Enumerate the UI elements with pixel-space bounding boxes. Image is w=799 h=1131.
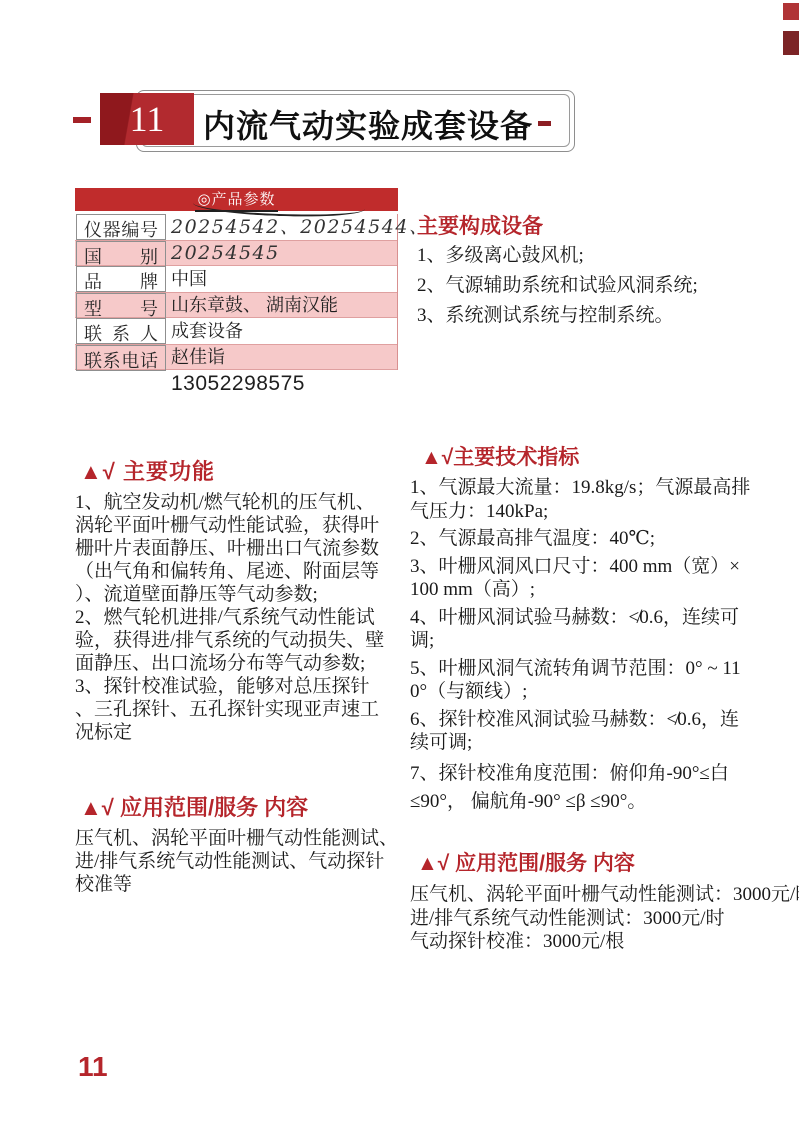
- page-number: 11: [78, 1051, 108, 1083]
- tech-specs-body: 1、气源最大流量：19.8kg/s；气源最高排 气压力：140kPa;2、气源最…: [410, 476, 799, 820]
- table-value-column: 20254542、20254544、20254545中国山东章鼓、 湖南汉能成套…: [171, 215, 397, 397]
- banner-number-box: 11: [100, 93, 194, 145]
- table-body: 仪器编号 国别 品牌 型号 联系人 联系电话 20254542、20254544…: [75, 214, 398, 370]
- page-title: 内流气动实验成套设备: [203, 101, 533, 147]
- text-line: 7、探针校准角度范围：俯仰角-90°≤白 ≤90°， 偏航角-90° ≤β ≤9…: [410, 760, 799, 816]
- table-row-value: 成套设备: [171, 319, 397, 345]
- table-row-label-cell: 品牌: [76, 266, 166, 292]
- text-line: 2、气源最高排气温度：40℃;: [410, 527, 799, 551]
- functions-heading: ▲√ 主要功能: [80, 455, 215, 486]
- table-row-label: 品牌: [84, 273, 158, 291]
- text-line: 1、航空发动机/燃气轮机的压气机、 涡轮平面叶栅气动性能试验，获得叶 栅叶片表面…: [75, 491, 407, 606]
- text-line: 6、探针校准风洞试验马赫数：≮0.6，连 续可调;: [410, 708, 799, 755]
- table-row-value: 20254542、20254544、: [171, 215, 397, 241]
- text-line: 压气机、涡轮平面叶栅气动性能测试、 进/排气系统气动性能测试、气动探针 校准等: [75, 827, 411, 896]
- table-row-label: 型号: [84, 300, 158, 318]
- table-row-value: 赵佳诣: [171, 345, 397, 371]
- catalog-page: 11 内流气动实验成套设备 ◎产品参数 仪器编号 国别 品牌 型号 联系人 联系…: [0, 0, 799, 1131]
- application-right-body: 压气机、涡轮平面叶栅气动性能测试：3000元/时进/排气系统气动性能测试：300…: [410, 883, 799, 954]
- text-line: 气动探针校准：3000元/根: [410, 930, 799, 954]
- table-row-label: 国别: [84, 248, 158, 266]
- banner-dash-left-icon: [73, 117, 91, 123]
- text-line: 1、气源最大流量：19.8kg/s；气源最高排 气压力：140kPa;: [410, 476, 799, 523]
- text-line: 1、多级离心鼓风机;: [417, 241, 698, 271]
- components-list: 1、多级离心鼓风机;2、气源辅助系统和试验风洞系统;3、系统测试系统与控制系统。: [417, 241, 698, 331]
- table-row-label: 联系人: [84, 325, 158, 343]
- text-line: 4、叶栅风洞试验马赫数：≮0.6，连续可 调;: [410, 606, 799, 653]
- text-line: 进/排气系统气动性能测试：3000元/时: [410, 907, 799, 931]
- table-row-value: 13052298575: [171, 371, 397, 397]
- table-row-value: 山东章鼓、 湖南汉能: [171, 293, 397, 319]
- text-line: 3、叶栅风洞风口尺寸：400 mm（宽）× 100 mm（高）;: [410, 555, 799, 602]
- table-row-label-cell: 型号: [76, 293, 166, 319]
- table-row-value: 20254545: [171, 241, 397, 267]
- table-row-label-cell: 仪器编号: [76, 214, 166, 240]
- banner-dash-right-icon: [538, 121, 551, 126]
- text-line: 2、燃气轮机进排/气系统气动性能试 验，获得进/排气系统的气动损失、壁 面静压、…: [75, 606, 407, 675]
- functions-body: 1、航空发动机/燃气轮机的压气机、 涡轮平面叶栅气动性能试验，获得叶 栅叶片表面…: [75, 491, 407, 744]
- table-row-label: 联系电话: [84, 352, 158, 370]
- table-row-label: 仪器编号: [84, 221, 158, 239]
- text-line: 压气机、涡轮平面叶栅气动性能测试：3000元/时: [410, 883, 799, 907]
- application-right-heading: ▲√ 应用范围/服务 内容: [417, 847, 635, 877]
- corner-mark-bottom: [783, 31, 799, 55]
- table-row-value: 中国: [171, 267, 397, 293]
- table-row-label-cell: 联系电话: [76, 345, 166, 371]
- corner-mark-top: [783, 3, 799, 20]
- tech-specs-heading: ▲√主要技术指标: [421, 441, 579, 471]
- product-params-table: ◎产品参数 仪器编号 国别 品牌 型号 联系人 联系电话 20254542、20…: [75, 188, 398, 370]
- text-line: 3、系统测试系统与控制系统。: [417, 301, 698, 331]
- banner-number: 11: [130, 98, 165, 140]
- text-line: 5、叶栅风洞气流转角调节范围：0° ~ 11 0°（与额线）;: [410, 657, 799, 704]
- text-line: 2、气源辅助系统和试验风洞系统;: [417, 271, 698, 301]
- components-heading: 主要构成设备: [417, 210, 543, 240]
- application-left-body: 压气机、涡轮平面叶栅气动性能测试、 进/排气系统气动性能测试、气动探针 校准等: [75, 827, 411, 896]
- table-row-label-cell: 联系人: [76, 318, 166, 344]
- text-line: 3、探针校准试验，能够对总压探针 、三孔探针、五孔探针实现亚声速工 况标定: [75, 675, 407, 744]
- table-row-label-cell: 国别: [76, 241, 166, 267]
- application-left-heading: ▲√ 应用范围/服务 内容: [80, 791, 308, 822]
- table-header: ◎产品参数: [75, 188, 398, 211]
